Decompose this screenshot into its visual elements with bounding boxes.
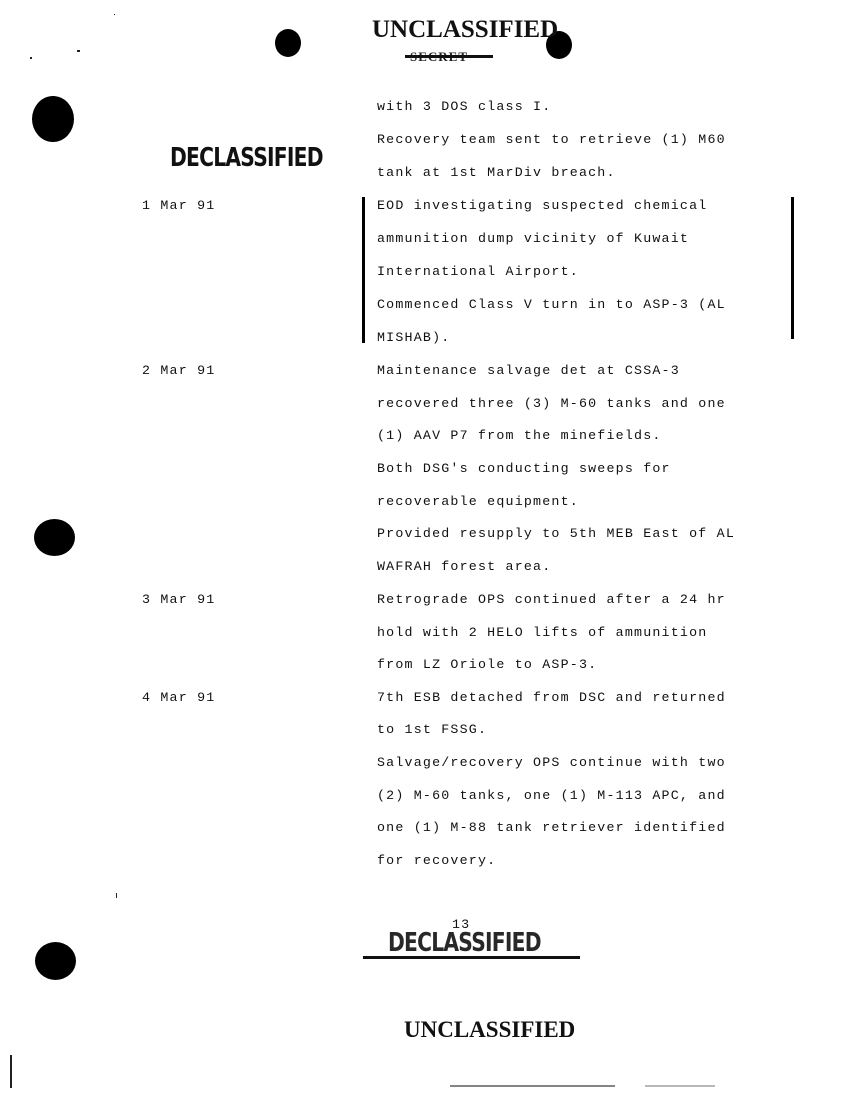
entry-line: recoverable equipment. bbox=[377, 494, 579, 509]
change-bar-left bbox=[362, 197, 365, 343]
classification-header: UNCLASSIFIED bbox=[372, 16, 558, 44]
entry-line: International Airport. bbox=[377, 264, 579, 279]
entry-line: (2) M-60 tanks, one (1) M-113 APC, and bbox=[377, 788, 726, 803]
entry-line: EOD investigating suspected chemical bbox=[377, 198, 707, 213]
scan-edge-artifact bbox=[450, 1085, 615, 1087]
entry-line: Provided resupply to 5th MEB East of AL bbox=[377, 526, 735, 541]
scan-edge-artifact bbox=[645, 1085, 715, 1087]
entry-line: hold with 2 HELO lifts of ammunition bbox=[377, 625, 707, 640]
entry-date: 4 Mar 91 bbox=[142, 690, 215, 705]
entry-line: for recovery. bbox=[377, 853, 496, 868]
punch-hole-top-left bbox=[32, 96, 74, 142]
entry-line: (1) AAV P7 from the minefields. bbox=[377, 428, 662, 443]
declassified-stamp-bottom: DECLASSIFIED bbox=[388, 928, 541, 958]
entry-line: WAFRAH forest area. bbox=[377, 559, 551, 574]
strike-through-line bbox=[405, 55, 493, 58]
punch-hole-mid-left bbox=[34, 519, 75, 556]
change-bar-right bbox=[791, 197, 794, 339]
entry-line: Commenced Class V turn in to ASP-3 (AL bbox=[377, 297, 726, 312]
punch-hole-bottom-left bbox=[35, 942, 76, 980]
entry-line: Salvage/recovery OPS continue with two bbox=[377, 755, 726, 770]
entry-line: Both DSG's conducting sweeps for bbox=[377, 461, 671, 476]
entry-line: tank at 1st MarDiv breach. bbox=[377, 165, 616, 180]
entry-line: one (1) M-88 tank retriever identified bbox=[377, 820, 726, 835]
stamp-underline bbox=[363, 956, 580, 959]
scan-speck bbox=[114, 14, 115, 15]
entry-line: to 1st FSSG. bbox=[377, 722, 487, 737]
entry-line: Maintenance salvage det at CSSA-3 bbox=[377, 363, 680, 378]
entry-line: MISHAB). bbox=[377, 330, 450, 345]
scan-speck bbox=[77, 50, 80, 52]
entry-line: recovered three (3) M-60 tanks and one bbox=[377, 396, 726, 411]
entry-line: 7th ESB detached from DSC and returned bbox=[377, 690, 726, 705]
punch-hole-header-left bbox=[275, 29, 301, 57]
entry-line: with 3 DOS class I. bbox=[377, 99, 551, 114]
entry-line: Recovery team sent to retrieve (1) M60 bbox=[377, 132, 726, 147]
scan-speck bbox=[116, 893, 117, 898]
classification-footer: UNCLASSIFIED bbox=[404, 1017, 575, 1043]
scan-speck bbox=[10, 1055, 12, 1088]
entry-date: 2 Mar 91 bbox=[142, 363, 215, 378]
entry-line: from LZ Oriole to ASP-3. bbox=[377, 657, 597, 672]
entry-date: 1 Mar 91 bbox=[142, 198, 215, 213]
declassified-stamp: DECLASSIFIED bbox=[170, 143, 323, 173]
scan-speck bbox=[30, 57, 32, 59]
entry-line: Retrograde OPS continued after a 24 hr bbox=[377, 592, 726, 607]
entry-date: 3 Mar 91 bbox=[142, 592, 215, 607]
entry-line: ammunition dump vicinity of Kuwait bbox=[377, 231, 689, 246]
